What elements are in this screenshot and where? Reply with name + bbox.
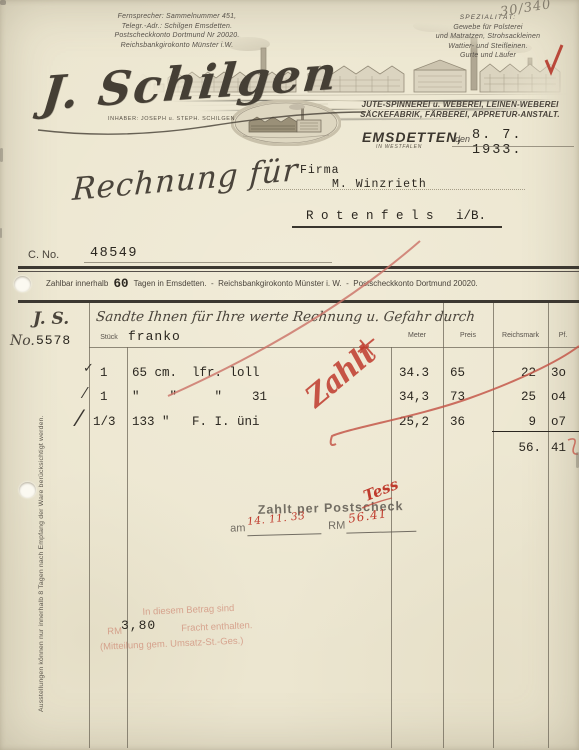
business-line: JUTE-SPINNEREI u. WEBEREI, LEINEN-WEBERE…	[356, 100, 564, 110]
cell-rm: 22	[495, 366, 536, 380]
double-rule-top	[18, 266, 579, 269]
margin-note: Ausstellungen können nur innerhalb 8 Tag…	[38, 387, 45, 712]
place-name: EMSDETTEN,	[362, 129, 462, 145]
recipient-city: R o t e n f e l s i/B.	[306, 209, 486, 223]
speciality-line: Wattier- und Steifleinen.	[388, 42, 579, 52]
business-line: SÄCKEFABRIK, FÄRBEREI, APPRETUR-ANSTALT.	[356, 110, 564, 120]
payment-terms-line: Zahlbar innerhalb 60 Tagen in Emsdetten.…	[46, 277, 478, 291]
total-rule	[492, 431, 579, 432]
terms-days: 60	[114, 277, 129, 291]
reichsmark-divider	[493, 303, 494, 748]
speciality-line: Gurte und Läufer	[388, 51, 579, 61]
edge-blemish	[0, 148, 3, 162]
cell-pf: o4	[551, 390, 566, 404]
letterhead-speciality-block: SPEZIALITÄT: Gewebe für Polsterei und Ma…	[388, 13, 579, 61]
freight-stamp-line3: (Mitteilung gem. Umsatz-St.-Ges.)	[100, 635, 244, 652]
col-header-pf: Pf.	[548, 332, 578, 339]
speciality-title: SPEZIALITÄT:	[388, 13, 579, 23]
payment-stamp-rm-line	[346, 531, 416, 534]
total-reichsmark: 56.	[495, 441, 541, 455]
row-checkmark: ∕	[84, 385, 87, 403]
header-underline	[89, 347, 579, 348]
freight-stamp: In diesem Betrag sind RM Fracht enthalte…	[98, 595, 318, 605]
place-subtitle: IN WESTFALEN	[376, 144, 422, 150]
freight-stamp-line1: In diesem Betrag sind	[142, 603, 234, 618]
cell-meter: 34,3	[385, 390, 429, 404]
pf-divider	[548, 303, 549, 748]
cell-preis: 36	[450, 415, 465, 429]
cell-meter: 25,2	[385, 415, 429, 429]
terms-pre: Zahlbar innerhalb	[46, 279, 108, 288]
cell-pf: 3o	[551, 366, 566, 380]
double-rule-bottom	[18, 271, 579, 272]
row-checkmark: ✓	[83, 360, 94, 376]
invoice-date: 8. 7. 1933.	[472, 128, 579, 158]
freight-typed-amount: 3,80	[121, 618, 156, 633]
table-script-header: Sandte Ihnen für Ihre werte Rechnung u. …	[95, 309, 476, 325]
cell-pf: o7	[551, 415, 566, 429]
edge-blemish	[0, 228, 2, 238]
cell-rm: 9	[495, 415, 536, 429]
recipient-city-underline	[292, 226, 502, 228]
total-pf: 41	[551, 441, 566, 455]
col-header-reichsmark: Reichsmark	[493, 332, 548, 339]
shipping-term: franko	[128, 329, 181, 344]
date-underline	[452, 146, 574, 147]
cell-stueck: 1	[100, 366, 108, 380]
col-header-meter: Meter	[391, 332, 443, 339]
speciality-line: Gewebe für Polsterei	[388, 23, 579, 33]
payment-stamp-am-line	[247, 533, 321, 536]
cell-stueck: 1	[100, 390, 108, 404]
col-header-stueck: Stück	[92, 334, 126, 341]
speciality-line: und Matratzen, Strohsackleinen	[388, 32, 579, 42]
table-top-rule	[18, 300, 579, 303]
recipient-firma: Firma	[300, 164, 340, 177]
corner-blemish	[0, 0, 6, 5]
cell-desc: 65 cm. lfr. loll	[132, 366, 260, 380]
recipient-dotted-line	[257, 189, 525, 190]
cell-preis: 73	[450, 390, 465, 404]
contact-line: Fernsprecher: Sammelnummer 451,	[82, 12, 272, 22]
invoice-scan: Fernsprecher: Sammelnummer 451, Telegr.-…	[0, 0, 579, 750]
cell-rm: 25	[495, 390, 536, 404]
row-checkmark: ∕	[78, 405, 82, 433]
cno-value: 48549	[90, 246, 138, 261]
contact-line: Reichsbankgirokonto Münster i.W.	[82, 41, 272, 51]
cell-stueck: 1/3	[93, 415, 116, 429]
business-lines: JUTE-SPINNEREI u. WEBEREI, LEINEN-WEBERE…	[356, 100, 564, 120]
terms-post: Tagen in Emsdetten. - Reichsbankgirokont…	[134, 279, 478, 288]
den-label: den	[455, 134, 470, 144]
meter-divider	[391, 347, 392, 748]
cell-meter: 34.3	[385, 366, 429, 380]
contact-line: Telegr.-Adr.: Schilgen Emsdetten.	[82, 22, 272, 32]
contact-line: Postscheckkonto Dortmund Nr 20020.	[82, 31, 272, 41]
payment-stamp-am-label: am	[230, 522, 246, 534]
no-label: No.	[10, 333, 35, 349]
letterhead-contact-block: Fernsprecher: Sammelnummer 451, Telegr.-…	[82, 12, 272, 50]
cno-underline	[84, 262, 332, 263]
js-monogram: J. S.	[33, 309, 69, 329]
cell-preis: 65	[450, 366, 465, 380]
cno-label: C. No.	[28, 249, 59, 261]
hole-punch-top	[14, 276, 31, 292]
rechnung-fuer-script: Rechnung für	[71, 152, 299, 208]
no-value: 5578	[36, 333, 71, 348]
cell-desc: " " " 31	[132, 390, 267, 404]
stueck-divider	[127, 347, 128, 748]
hole-punch-bottom	[19, 482, 36, 498]
owner-line: INHABER: JOSEPH u. STEPH. SCHILGEN	[108, 116, 235, 122]
col-header-preis: Preis	[443, 332, 493, 339]
payment-stamp-rm-label: RM	[328, 520, 345, 532]
freight-stamp-line2: Fracht enthalten.	[181, 620, 253, 634]
cell-desc: 133 " F. I. üni	[132, 415, 260, 429]
preis-divider	[443, 303, 444, 748]
